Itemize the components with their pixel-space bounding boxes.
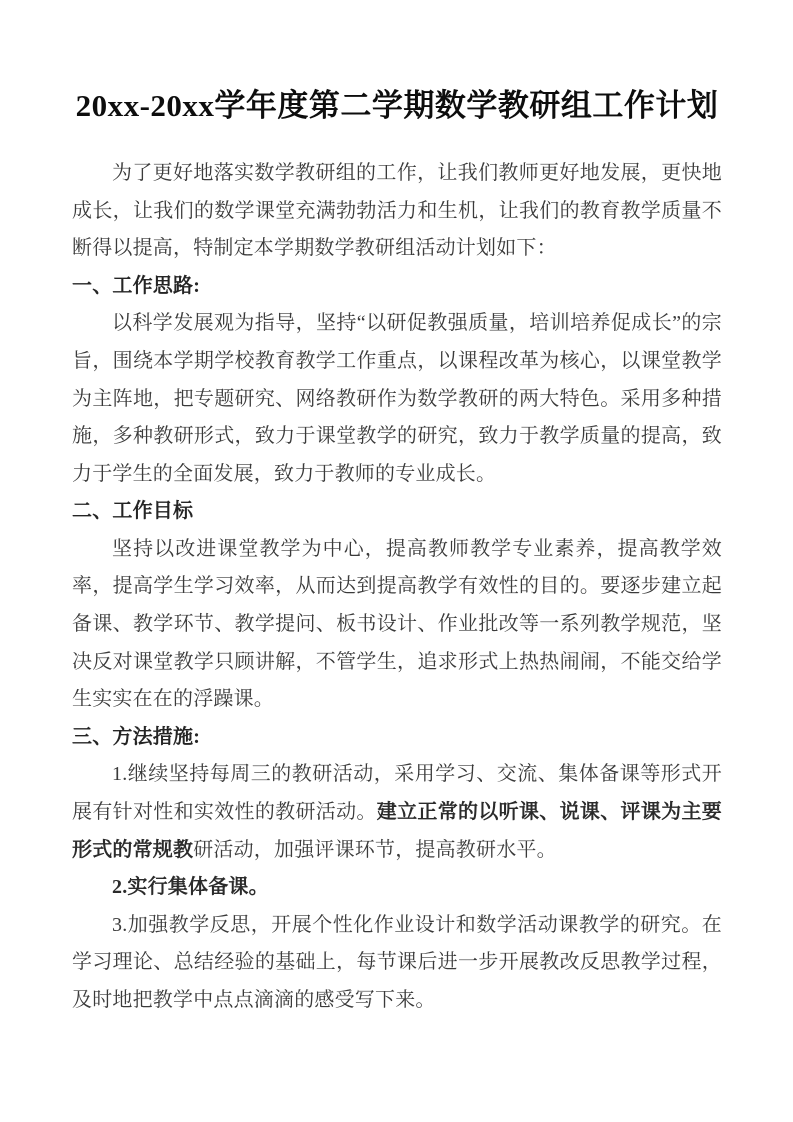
section3-heading: 三、方法措施: [72, 719, 722, 757]
document-title: 20xx-20xx学年度第二学期数学教研组工作计划 [72, 84, 722, 129]
document-content: 20xx-20xx学年度第二学期数学教研组工作计划 为了更好地落实数学教研组的工… [0, 0, 793, 1020]
intro-paragraph: 为了更好地落实数学教研组的工作，让我们教师更好地发展，更快地成长，让我们的数学课… [72, 155, 722, 268]
section3-item3: 3.加强教学反思，开展个性化作业设计和数学活动课教学的研究。在学习理论、总结经验… [72, 907, 722, 1020]
section2-heading: 二、工作目标 [72, 493, 722, 531]
section3-item1: 1.继续坚持每周三的教研活动，采用学习、交流、集体备课等形式开展有针对性和实效性… [72, 756, 722, 869]
section1-heading: 一、工作思路: [72, 268, 722, 306]
document-page: 20xx-20xx学年度第二学期数学教研组工作计划 为了更好地落实数学教研组的工… [0, 0, 793, 1122]
section3-item2: 2.实行集体备课。 [72, 869, 722, 907]
section1-paragraph: 以科学发展观为指导，坚持“以研促教强质量，培训培养促成长”的宗旨，围绕本学期学校… [72, 305, 722, 493]
section3-item1-tail-text: 研活动，加强评课环节，提高教研水平。 [193, 839, 557, 861]
section2-paragraph: 坚持以改进课堂教学为中心，提高教师教学专业素养，提高教学效率，提高学生学习效率，… [72, 531, 722, 719]
